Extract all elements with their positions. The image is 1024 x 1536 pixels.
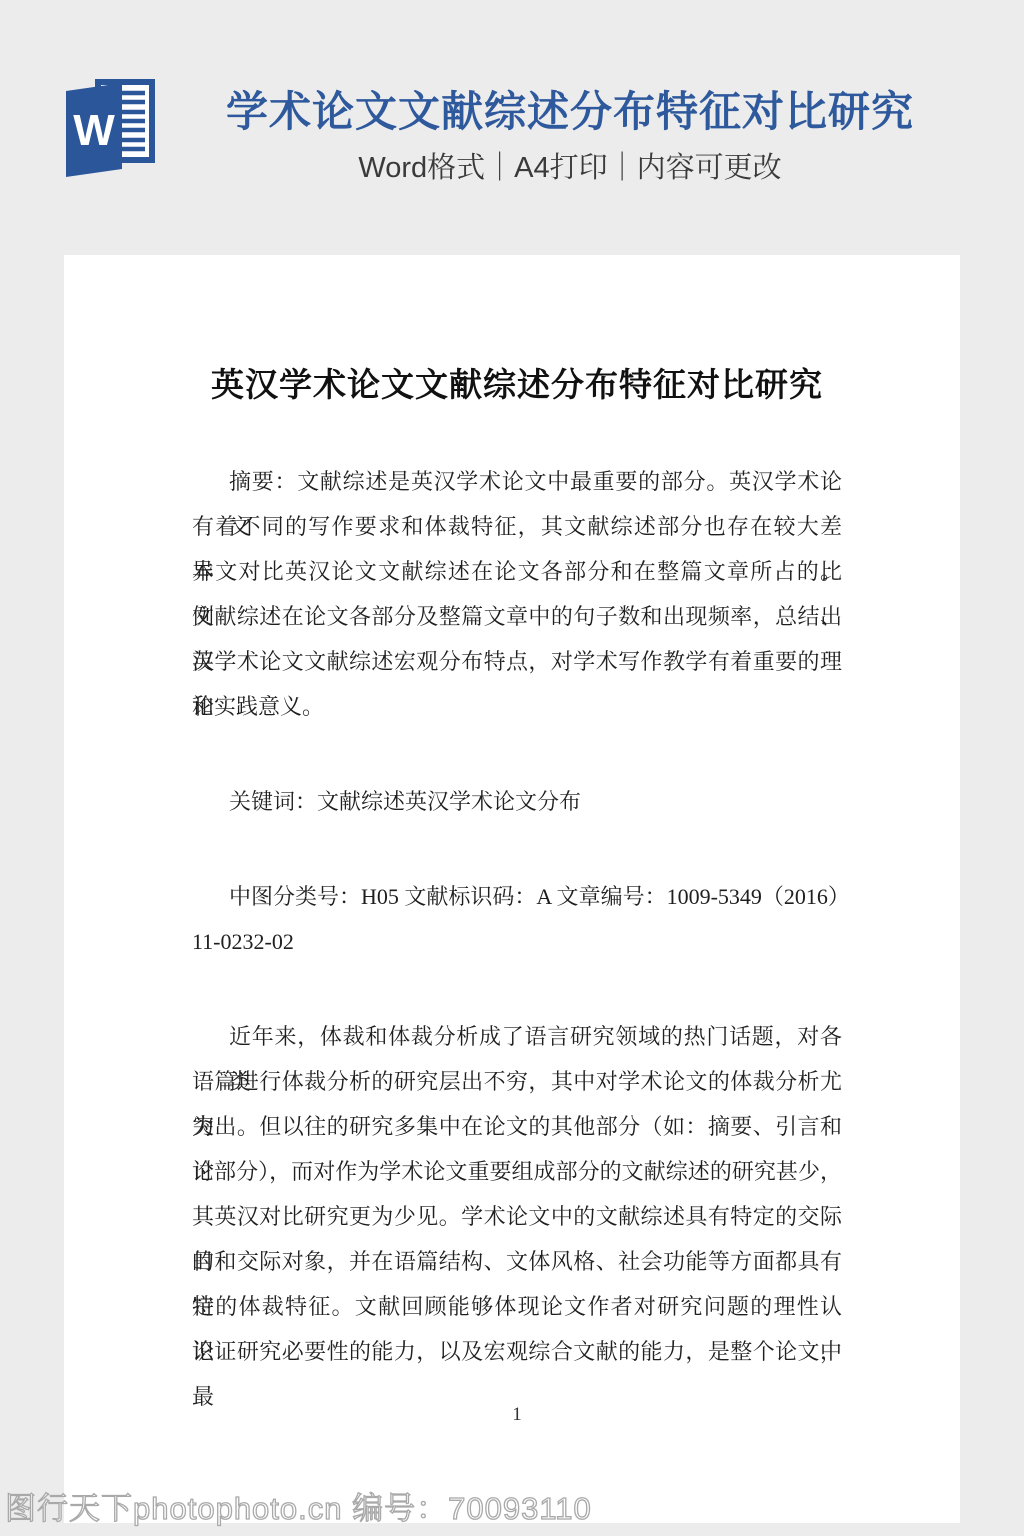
word-logo-icon: W: [60, 76, 160, 180]
page-background: { "colors": { "background": "#ECECEC", "…: [0, 0, 1024, 1536]
abstract-line: 汉学术论文文献综述宏观分布特点，对学术写作教学有着重要的理论: [192, 639, 842, 684]
document-page: 英汉学术论文文献综述分布特征对比研究 摘要：文献综述是英汉学术论文中最重要的部分…: [64, 255, 960, 1523]
word-logo-letter: W: [73, 106, 115, 155]
watermark-text: 图行天下photophoto.cn 编号：70093110: [5, 1483, 592, 1528]
abstract-line: 和实践意义。: [192, 684, 842, 729]
body-line: 定的体裁特征。文献回顾能够体现论文作者对研究问题的理性认识，: [192, 1284, 842, 1329]
abstract-paragraph: 摘要：文献综述是英汉学术论文中最重要的部分。英汉学术论文 有着不同的写作要求和体…: [192, 459, 842, 729]
body-line: 语篇进行体裁分析的研究层出不穷，其中对学术论文的体裁分析尤为: [192, 1059, 842, 1104]
keywords-line: 关键词：文献综述英汉学术论文分布: [192, 779, 842, 824]
body-line: 的和交际对象，并在语篇结构、文体风格、社会功能等方面都具有特: [192, 1239, 842, 1284]
document-title: 英汉学术论文文献综述分布特征对比研究: [192, 363, 842, 409]
body-paragraph: 近年来，体裁和体裁分析成了语言研究领域的热门话题，对各类 语篇进行体裁分析的研究…: [192, 1014, 842, 1374]
abstract-line: 有着不同的写作要求和体裁特征，其文献综述部分也存在较大差异。: [192, 504, 842, 549]
classification-line: 11-0232-02: [192, 919, 842, 964]
body-line: 论部分），而对作为学术论文重要组成部分的文献综述的研究甚少，: [192, 1149, 842, 1194]
abstract-line: 摘要：文献综述是英汉学术论文中最重要的部分。英汉学术论文: [192, 459, 842, 504]
classification-paragraph: 中图分类号：H05 文献标识码：A 文章编号：1009-5349（2016） 1…: [192, 874, 842, 964]
promo-title: 学术论文文献综述分布特征对比研究: [150, 86, 990, 138]
abstract-line: 本文对比英汉论文文献综述在论文各部分和在整篇文章所占的比例、: [192, 549, 842, 594]
promo-header: W 学术论文文献综述分布特征对比研究 Word格式｜A4打印｜内容可更改: [0, 0, 1024, 255]
page-number: 1: [192, 1400, 842, 1430]
keywords-paragraph: 关键词：文献综述英汉学术论文分布: [192, 779, 842, 824]
abstract-line: 文献综述在论文各部分及整篇文章中的句子数和出现频率，总结出英: [192, 594, 842, 639]
body-line: 突出。但以往的研究多集中在论文的其他部分（如：摘要、引言和讨: [192, 1104, 842, 1149]
promo-subtitle: Word格式｜A4打印｜内容可更改: [150, 150, 990, 186]
body-line: 近年来，体裁和体裁分析成了语言研究领域的热门话题，对各类: [192, 1014, 842, 1059]
body-line: 论证研究必要性的能力，以及宏观综合文献的能力，是整个论文中最: [192, 1329, 842, 1374]
promo-text-block: 学术论文文献综述分布特征对比研究 Word格式｜A4打印｜内容可更改: [150, 86, 990, 186]
classification-line: 中图分类号：H05 文献标识码：A 文章编号：1009-5349（2016）: [192, 874, 842, 919]
body-line: 其英汉对比研究更为少见。学术论文中的文献综述具有特定的交际目: [192, 1194, 842, 1239]
